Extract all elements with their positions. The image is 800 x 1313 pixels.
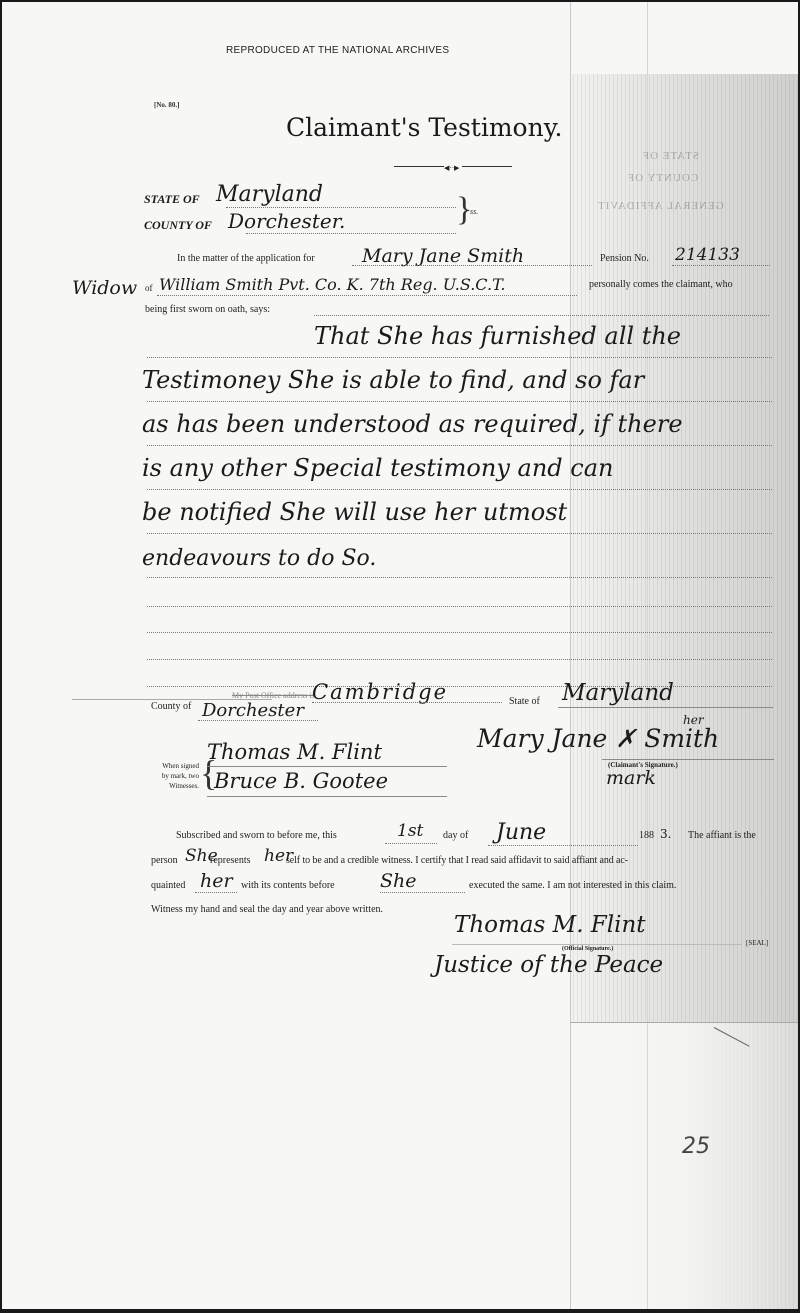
county-value: Dorchester. xyxy=(228,209,345,233)
address-county-label: County of xyxy=(151,701,191,712)
jurat-pronoun-line xyxy=(380,892,465,893)
address-state-value: Maryland xyxy=(562,680,674,706)
jurat-text: executed the same. I am not interested i… xyxy=(469,880,676,891)
official-signature-line xyxy=(452,944,742,945)
state-value: Maryland xyxy=(216,182,323,207)
matter-label: In the matter of the application for xyxy=(177,253,315,264)
jurat-text: with its contents before xyxy=(241,880,335,891)
relation-margin-note: Widow xyxy=(72,277,137,299)
witness-1-signature: Thomas M. Flint xyxy=(207,740,382,764)
testimony-line xyxy=(147,632,772,633)
jurat-month-line xyxy=(488,845,638,846)
document-page: STATE OF COUNTY OF GENERAL AFFIDAVIT REP… xyxy=(2,2,798,1309)
panel-edge xyxy=(570,1022,798,1023)
sworn-field-line xyxy=(314,315,769,316)
witness-label-line: Witnesses. xyxy=(149,781,199,791)
claimant-mark: mark xyxy=(606,767,656,789)
of-label: of xyxy=(145,283,153,293)
jurat-year-suffix: 3. xyxy=(660,827,671,841)
testimony-text-line: Testimoney She is able to find, and so f… xyxy=(142,366,644,394)
jurat-pronoun: She xyxy=(380,870,417,892)
address-state-label: State of xyxy=(509,696,540,707)
po-value: Cambridge xyxy=(312,680,448,704)
deceased-soldier: William Smith Pvt. Co. K. 7th Reg. U.S.C… xyxy=(159,275,505,294)
witness-2-line xyxy=(207,796,447,797)
testimony-line xyxy=(147,489,772,490)
jurat-year-prefix: 188 xyxy=(639,830,654,841)
applicant-field-line xyxy=(352,265,592,266)
jurat-text: Witness my hand and seal the day and yea… xyxy=(151,904,383,915)
witness-label-line: by mark, two xyxy=(149,771,199,781)
jurat-month: June xyxy=(496,820,546,845)
bleed-through-text: GENERAL AFFIDAVIT xyxy=(597,200,724,212)
page-title: Claimant's Testimony. xyxy=(286,113,562,142)
claimant-signature-line xyxy=(602,759,774,760)
pension-label: Pension No. xyxy=(600,253,649,264)
po-field-line xyxy=(312,702,502,703)
jurat-text: quainted xyxy=(151,880,185,891)
official-title: Justice of the Peace xyxy=(434,952,663,978)
bleed-through-text: COUNTY OF xyxy=(627,172,698,184)
testimony-line xyxy=(147,401,772,402)
pension-field-line xyxy=(672,265,770,266)
form-number: [No. 80.] xyxy=(154,101,179,109)
testimony-line xyxy=(147,357,772,358)
testimony-text-line: be notified She will use her utmost xyxy=(142,498,567,526)
witness-1-line xyxy=(207,766,447,767)
testimony-text-line: is any other Special testimony and can xyxy=(142,454,613,482)
jurat-pronoun-line xyxy=(195,892,237,893)
address-state-line xyxy=(558,707,773,708)
bleed-through-text: STATE OF xyxy=(642,150,699,162)
sworn-label: being first sworn on oath, says: xyxy=(145,304,270,315)
jurat-day: 1st xyxy=(397,821,423,841)
jurat-text: represents xyxy=(210,855,251,866)
jurat-day-line xyxy=(385,843,437,844)
witness-instructions: When signed by mark, two Witnesses. xyxy=(149,761,199,791)
jurat-text: day of xyxy=(443,830,468,841)
title-ornament: ◀··▶ xyxy=(394,165,512,168)
county-label: COUNTY OF xyxy=(144,218,212,233)
po-label: My Post Office address is xyxy=(232,691,315,700)
address-county-value: Dorchester xyxy=(202,700,304,721)
testimony-line xyxy=(147,659,772,660)
ss-label: ss. xyxy=(470,207,478,216)
page-number: 25 xyxy=(682,1134,710,1159)
testimony-text-line: as has been understood as required, if t… xyxy=(142,410,683,438)
state-label: STATE OF xyxy=(144,192,200,207)
testimony-line xyxy=(147,445,772,446)
address-county-line xyxy=(198,720,318,721)
scan-fold-line xyxy=(570,2,571,1309)
comes-label: personally comes the claimant, who xyxy=(589,279,733,290)
jurat-pronoun: her xyxy=(200,870,233,892)
testimony-line xyxy=(147,577,772,578)
pension-number: 214133 xyxy=(675,245,740,265)
jurat-text: self to be and a credible witness. I cer… xyxy=(286,855,628,866)
applicant-name: Mary Jane Smith xyxy=(362,245,524,267)
scan-fold-line xyxy=(647,2,648,1309)
state-field-line xyxy=(226,207,456,208)
testimony-text-line: endeavours to do So. xyxy=(142,546,376,571)
testimony-line xyxy=(147,606,772,607)
witness-label-line: When signed xyxy=(149,761,199,771)
archive-stamp: REPRODUCED AT THE NATIONAL ARCHIVES xyxy=(226,45,449,56)
witness-2-signature: Bruce B. Gootee xyxy=(214,769,388,793)
claimant-signature: Mary Jane ✗ Smith xyxy=(477,724,719,753)
testimony-text-line: That She has furnished all the xyxy=(314,322,681,350)
jurat-text: person xyxy=(151,855,178,866)
official-signature: Thomas M. Flint xyxy=(454,912,646,938)
scan-shading-fade xyxy=(570,1022,798,1309)
seal-label: [SEAL] xyxy=(746,939,768,947)
deceased-field-line xyxy=(157,295,577,296)
jurat-text: Subscribed and sworn to before me, this xyxy=(176,830,337,841)
testimony-line xyxy=(147,686,772,687)
county-field-line xyxy=(246,233,456,234)
jurat-text: The affiant is the xyxy=(688,830,756,841)
testimony-line xyxy=(147,533,772,534)
